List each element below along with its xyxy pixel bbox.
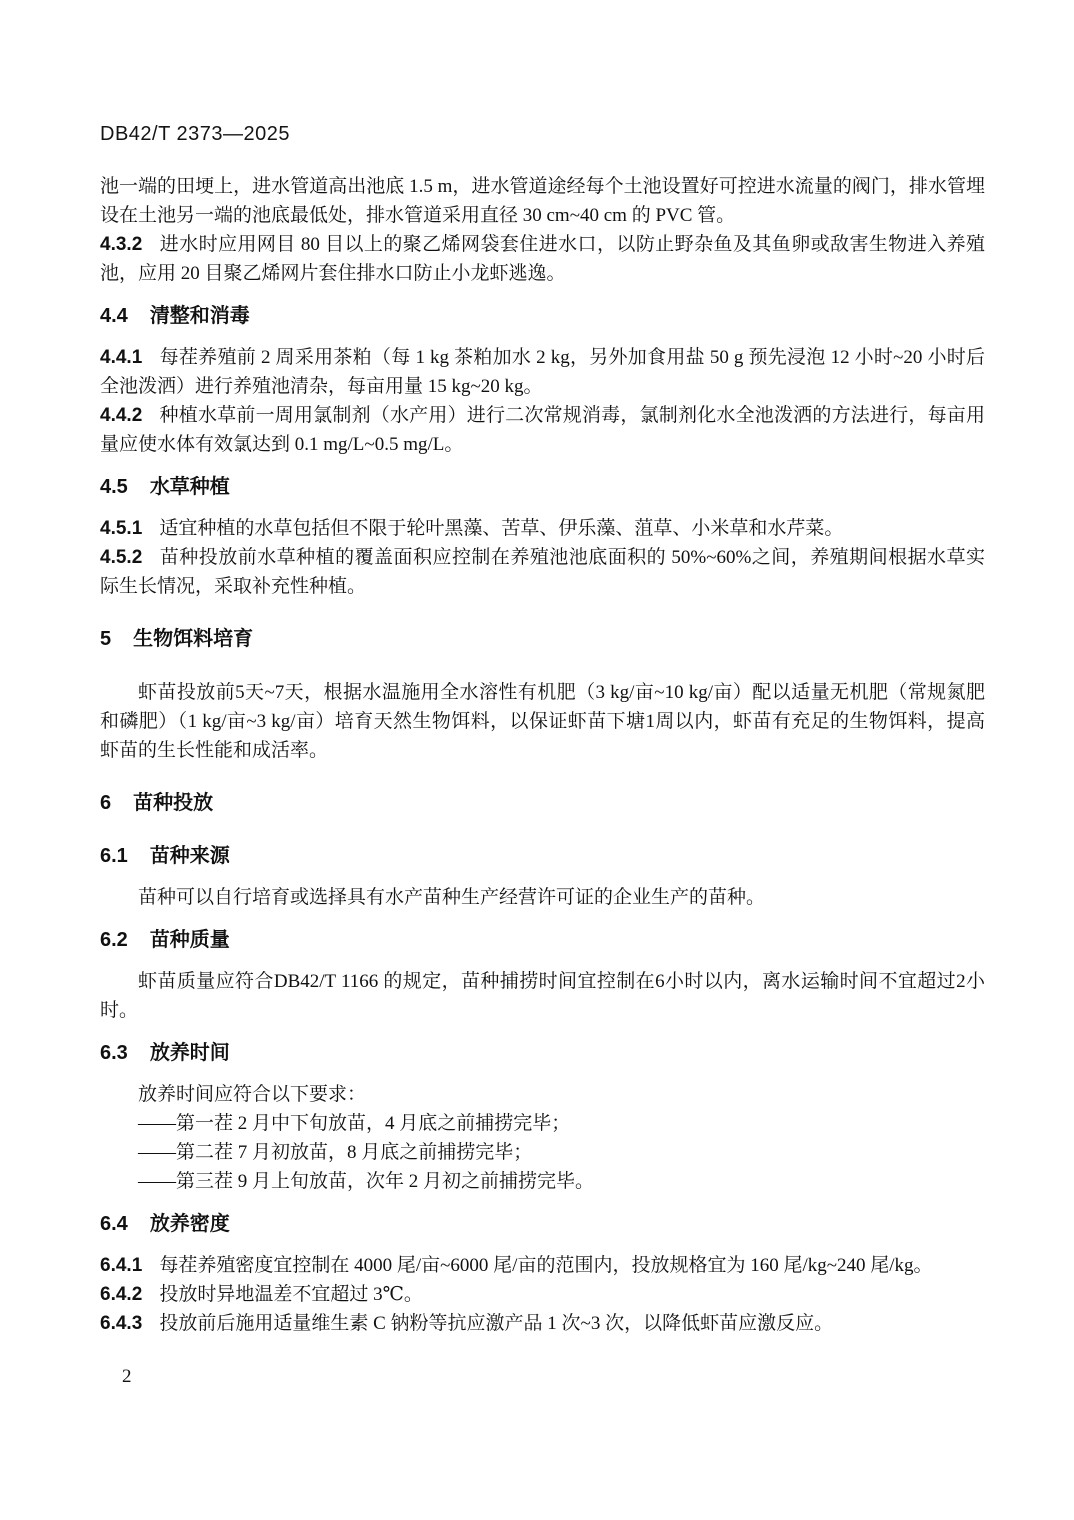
heading-title: 苗种来源: [150, 845, 230, 867]
heading-4-5: 4.5水草种植: [100, 473, 985, 502]
heading-number: 4.5: [100, 476, 128, 498]
heading-title: 生物饵料培育: [133, 628, 253, 650]
paragraph-6-2: 虾苗质量应符合DB42/T 1166 的规定，苗种捕捞时间宜控制在6小时以内，离…: [100, 967, 985, 1025]
doc-code-header: DB42/T 2373—2025: [100, 122, 985, 146]
page-content: DB42/T 2373—2025 池一端的田埂上，进水管道高出池底 1.5 m，…: [0, 0, 1074, 1391]
heading-6-1: 6.1苗种来源: [100, 842, 985, 871]
heading-title: 水草种植: [150, 476, 230, 498]
heading-number: 6: [100, 792, 111, 814]
clause-text: 进水时应用网目 80 目以上的聚乙烯网袋套住进水口，以防止野杂鱼及其鱼卵或敌害生…: [100, 234, 985, 284]
list-item-third-batch: ——第三茬 9 月上旬放苗，次年 2 月初之前捕捞完毕。: [100, 1167, 985, 1196]
clause-number: 6.4.2: [100, 1284, 142, 1305]
clause-number: 4.5.1: [100, 518, 142, 539]
clause-4-3-2: 4.3.2进水时应用网目 80 目以上的聚乙烯网袋套住进水口，以防止野杂鱼及其鱼…: [100, 230, 985, 288]
clause-4-4-1: 4.4.1每茬养殖前 2 周采用茶粕（每 1 kg 茶粕加水 2 kg，另外加食…: [100, 343, 985, 401]
heading-title: 清整和消毒: [150, 305, 250, 327]
heading-title: 放养时间: [150, 1042, 230, 1064]
paragraph-6-3-intro: 放养时间应符合以下要求：: [100, 1080, 985, 1109]
clause-text: 每茬养殖前 2 周采用茶粕（每 1 kg 茶粕加水 2 kg，另外加食用盐 50…: [100, 347, 985, 397]
clause-text: 每茬养殖密度宜控制在 4000 尾/亩~6000 尾/亩的范围内，投放规格宜为 …: [159, 1255, 932, 1276]
heading-number: 6.3: [100, 1042, 128, 1064]
heading-number: 6.4: [100, 1213, 128, 1235]
document-page: DB42/T 2373—2025 池一端的田埂上，进水管道高出池底 1.5 m，…: [0, 0, 1074, 1520]
paragraph-continuation: 池一端的田埂上，进水管道高出池底 1.5 m，进水管道途经每个土池设置好可控进水…: [100, 172, 985, 230]
clause-number: 4.4.2: [100, 405, 142, 426]
heading-number: 6.1: [100, 845, 128, 867]
list-item-first-batch: ——第一茬 2 月中下旬放苗，4 月底之前捕捞完毕；: [100, 1109, 985, 1138]
clause-text: 种植水草前一周用氯制剂（水产用）进行二次常规消毒，氯制剂化水全池泼洒的方法进行，…: [100, 405, 985, 455]
clause-text: 适宜种植的水草包括但不限于轮叶黑藻、苦草、伊乐藻、菹草、小米草和水芹菜。: [159, 518, 843, 539]
heading-6: 6苗种投放: [100, 789, 985, 818]
clause-text: 苗种投放前水草种植的覆盖面积应控制在养殖池池底面积的 50%~60%之间，养殖期…: [100, 547, 985, 597]
clause-number: 6.4.3: [100, 1313, 142, 1334]
clause-6-4-3: 6.4.3投放前后施用适量维生素 C 钠粉等抗应激产品 1 次~3 次，以降低虾…: [100, 1309, 985, 1338]
paragraph-5: 虾苗投放前5天~7天，根据水温施用全水溶性有机肥（3 kg/亩~10 kg/亩）…: [100, 678, 985, 765]
heading-title: 放养密度: [150, 1213, 230, 1235]
heading-4-4: 4.4清整和消毒: [100, 302, 985, 331]
heading-number: 5: [100, 628, 111, 650]
heading-title: 苗种质量: [150, 929, 230, 951]
heading-6-2: 6.2苗种质量: [100, 926, 985, 955]
clause-number: 6.4.1: [100, 1255, 142, 1276]
heading-number: 4.4: [100, 305, 128, 327]
clause-4-4-2: 4.4.2种植水草前一周用氯制剂（水产用）进行二次常规消毒，氯制剂化水全池泼洒的…: [100, 401, 985, 459]
heading-title: 苗种投放: [133, 792, 213, 814]
clause-number: 4.4.1: [100, 347, 142, 368]
page-number: 2: [100, 1362, 985, 1391]
heading-6-3: 6.3放养时间: [100, 1039, 985, 1068]
clause-6-4-1: 6.4.1每茬养殖密度宜控制在 4000 尾/亩~6000 尾/亩的范围内，投放…: [100, 1251, 985, 1280]
clause-number: 4.3.2: [100, 234, 142, 255]
heading-6-4: 6.4放养密度: [100, 1210, 985, 1239]
clause-text: 投放时异地温差不宜超过 3℃。: [159, 1284, 423, 1305]
clause-text: 投放前后施用适量维生素 C 钠粉等抗应激产品 1 次~3 次，以降低虾苗应激反应…: [159, 1313, 833, 1334]
heading-5: 5生物饵料培育: [100, 625, 985, 654]
heading-number: 6.2: [100, 929, 128, 951]
clause-6-4-2: 6.4.2投放时异地温差不宜超过 3℃。: [100, 1280, 985, 1309]
paragraph-6-1: 苗种可以自行培育或选择具有水产苗种生产经营许可证的企业生产的苗种。: [100, 883, 985, 912]
list-item-second-batch: ——第二茬 7 月初放苗，8 月底之前捕捞完毕；: [100, 1138, 985, 1167]
clause-4-5-2: 4.5.2苗种投放前水草种植的覆盖面积应控制在养殖池池底面积的 50%~60%之…: [100, 543, 985, 601]
clause-number: 4.5.2: [100, 547, 142, 568]
clause-4-5-1: 4.5.1适宜种植的水草包括但不限于轮叶黑藻、苦草、伊乐藻、菹草、小米草和水芹菜…: [100, 514, 985, 543]
